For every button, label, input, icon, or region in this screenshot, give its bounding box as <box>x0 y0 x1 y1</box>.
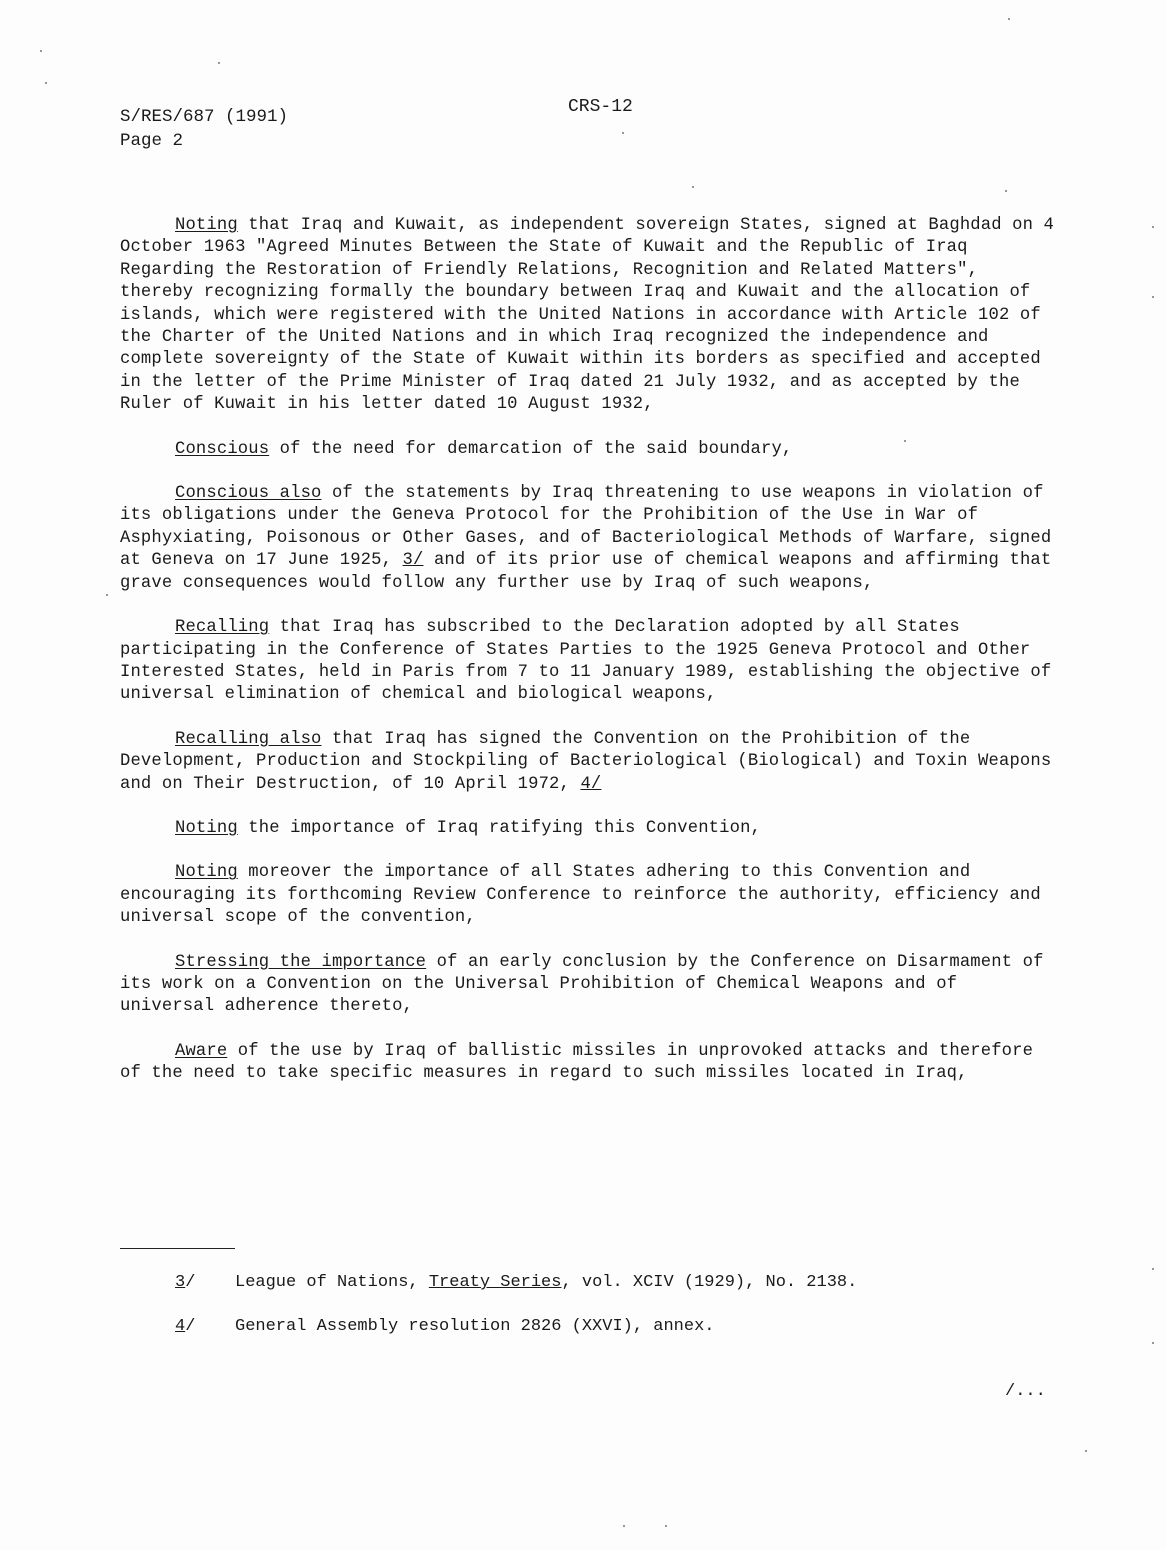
preamble-paragraph: Noting the importance of Iraq ratifying … <box>120 818 1060 840</box>
document-page: S/RES/687 (1991) Page 2 CRS-12 Noting th… <box>0 0 1166 1550</box>
paragraph-lead: Noting <box>175 216 238 235</box>
paragraph-lead: Recalling also <box>175 730 322 749</box>
footnote-title: Treaty Series <box>429 1273 562 1292</box>
preamble-paragraph: Noting that Iraq and Kuwait, as independ… <box>120 215 1060 417</box>
scan-speck <box>1008 18 1010 20</box>
document-symbol: S/RES/687 (1991) <box>120 105 288 129</box>
preamble-paragraph: Recalling also that Iraq has signed the … <box>120 729 1060 796</box>
footnote-ref-4[interactable]: 4/ <box>580 775 601 794</box>
scan-speck <box>1005 190 1007 192</box>
scan-speck <box>1152 296 1154 298</box>
scan-speck <box>623 1525 625 1527</box>
preamble-paragraph: Noting moreover the importance of all St… <box>120 862 1060 929</box>
scan-speck <box>40 50 42 52</box>
scan-speck <box>665 1525 667 1527</box>
paragraph-text: that Iraq and Kuwait, as independent sov… <box>120 216 1054 414</box>
scan-speck <box>106 594 108 596</box>
paragraph-text: of the need for demarcation of the said … <box>269 440 792 459</box>
footnote-text: League of Nations, Treaty Series, vol. X… <box>235 1272 857 1294</box>
paragraph-text: the importance of Iraq ratifying this Co… <box>238 819 761 838</box>
footnote-3: 3/ League of Nations, Treaty Series, vol… <box>175 1272 857 1294</box>
paragraph-lead: Noting <box>175 863 238 882</box>
scan-speck <box>622 132 624 134</box>
preamble-paragraph: Aware of the use by Iraq of ballistic mi… <box>120 1041 1060 1086</box>
scan-speck <box>904 440 906 442</box>
paragraph-lead: Conscious also <box>175 484 322 503</box>
preamble-paragraph: Stressing the importance of an early con… <box>120 952 1060 1019</box>
scan-speck <box>692 186 694 188</box>
footnote-ref-3[interactable]: 3/ <box>403 551 424 570</box>
scan-speck <box>218 62 220 64</box>
paragraph-lead: Aware <box>175 1042 227 1061</box>
document-symbol-block: S/RES/687 (1991) Page 2 <box>120 105 288 153</box>
paragraph-lead: Conscious <box>175 440 269 459</box>
preamble-body: Noting that Iraq and Kuwait, as independ… <box>120 215 1060 1108</box>
paragraph-lead: Noting <box>175 819 238 838</box>
scan-speck <box>1152 1268 1154 1270</box>
scan-speck <box>1152 1342 1154 1344</box>
crs-stamp: CRS-12 <box>568 95 633 119</box>
footnote-text: General Assembly resolution 2826 (XXVI),… <box>235 1316 714 1338</box>
scan-speck <box>45 82 47 84</box>
preamble-paragraph: Conscious of the need for demarcation of… <box>120 439 1060 461</box>
preamble-paragraph: Recalling that Iraq has subscribed to th… <box>120 617 1060 707</box>
paragraph-lead: Stressing the importance <box>175 953 426 972</box>
continued-marker: /... <box>1005 1382 1046 1401</box>
footnote-number: 3/ <box>175 1272 235 1294</box>
footnotes: 3/ League of Nations, Treaty Series, vol… <box>175 1272 857 1360</box>
paragraph-text: moreover the importance of all States ad… <box>120 863 1041 927</box>
scan-speck <box>1085 1450 1087 1452</box>
footnote-4: 4/ General Assembly resolution 2826 (XXV… <box>175 1316 857 1338</box>
preamble-paragraph: Conscious also of the statements by Iraq… <box>120 483 1060 595</box>
page-number: Page 2 <box>120 129 288 153</box>
footnote-number: 4/ <box>175 1316 235 1338</box>
footnote-separator <box>120 1248 235 1249</box>
paragraph-text: of the use by Iraq of ballistic missiles… <box>120 1042 1033 1083</box>
paragraph-lead: Recalling <box>175 618 269 637</box>
scan-speck <box>1152 226 1154 228</box>
